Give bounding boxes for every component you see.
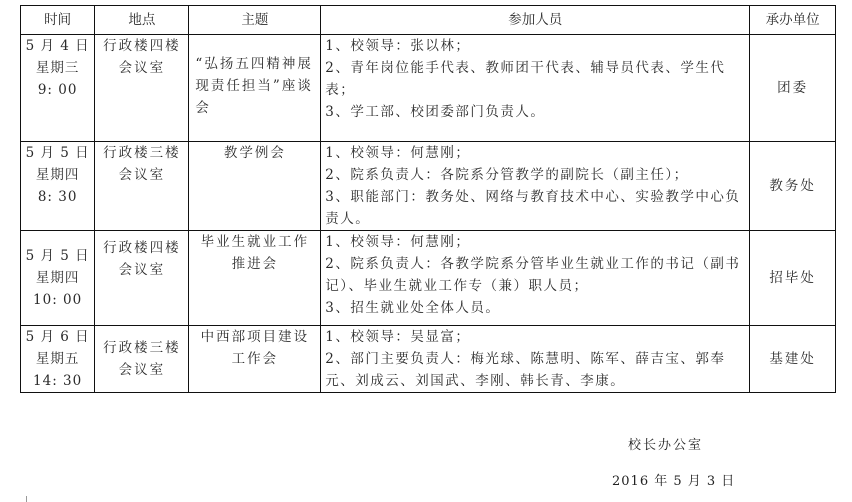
location-line2: 会议室 bbox=[99, 57, 184, 79]
meeting-schedule-table: 时间 地点 主题 参加人员 承办单位 5 月 4 日 星期三 9: 00 行政楼… bbox=[20, 5, 836, 393]
attendee-line: 2、院系负责人：各教学院系分管毕业生就业工作的书记（副书记）、毕业生就业工作专（… bbox=[325, 253, 745, 297]
attendee-line: 3、学工部、校团委部门负责人。 bbox=[325, 101, 745, 123]
location-line2: 会议室 bbox=[99, 259, 184, 281]
attendee-line: 1、校领导：何慧刚； bbox=[325, 231, 745, 253]
location-line2: 会议室 bbox=[99, 164, 184, 186]
unit-cell: 团委 bbox=[750, 35, 836, 142]
header-unit: 承办单位 bbox=[750, 6, 836, 35]
time: 8: 30 bbox=[25, 186, 90, 208]
location-cell: 行政楼四楼 会议室 bbox=[95, 231, 189, 326]
date: 5 月 4 日 bbox=[25, 35, 90, 57]
attendees-cell: 1、校领导：何慧刚； 2、院系负责人：各教学院系分管毕业生就业工作的书记（副书记… bbox=[321, 231, 750, 326]
table-row: 5 月 5 日 星期四 10: 00 行政楼四楼 会议室 毕业生就业工作推进会 … bbox=[21, 231, 836, 326]
time-cell: 5 月 4 日 星期三 9: 00 bbox=[21, 35, 95, 142]
attendee-line: 3、职能部门：教务处、网络与教育技术中心、实验教学中心负责人。 bbox=[325, 186, 745, 230]
header-topic: 主题 bbox=[189, 6, 321, 35]
header-time: 时间 bbox=[21, 6, 95, 35]
attendee-line: 3、招生就业处全体人员。 bbox=[325, 297, 745, 319]
weekday: 星期三 bbox=[25, 57, 90, 79]
location-line2: 会议室 bbox=[99, 359, 184, 381]
topic-cell: 中西部项目建设工作会 bbox=[189, 326, 321, 393]
table-row: 5 月 4 日 星期三 9: 00 行政楼四楼 会议室 “弘扬五四精神展现责任担… bbox=[21, 35, 836, 142]
attendee-line: 1、校领导：吴显富； bbox=[325, 326, 745, 348]
time: 10: 00 bbox=[25, 289, 90, 311]
unit-cell: 教务处 bbox=[750, 142, 836, 231]
location-line1: 行政楼三楼 bbox=[99, 337, 184, 359]
time-cell: 5 月 5 日 星期四 8: 30 bbox=[21, 142, 95, 231]
topic-cell: “弘扬五四精神展现责任担当”座谈会 bbox=[189, 35, 321, 142]
header-attendees: 参加人员 bbox=[321, 6, 750, 35]
time: 14: 30 bbox=[25, 370, 90, 392]
location-line1: 行政楼三楼 bbox=[99, 142, 184, 164]
date: 5 月 6 日 bbox=[25, 326, 90, 348]
attendees-cell: 1、校领导：吴显富； 2、部门主要负责人：梅光球、陈慧明、陈军、薛吉宝、郭奉元、… bbox=[321, 326, 750, 393]
time-cell: 5 月 6 日 星期五 14: 30 bbox=[21, 326, 95, 393]
weekday: 星期五 bbox=[25, 348, 90, 370]
location-line1: 行政楼四楼 bbox=[99, 237, 184, 259]
weekday: 星期四 bbox=[25, 267, 90, 289]
table-row: 5 月 6 日 星期五 14: 30 行政楼三楼 会议室 中西部项目建设工作会 … bbox=[21, 326, 836, 393]
topic-cell: 毕业生就业工作推进会 bbox=[189, 231, 321, 326]
issue-date: 2016 年 5 月 3 日 bbox=[612, 470, 735, 489]
attendee-line: 1、校领导：何慧刚； bbox=[325, 142, 745, 164]
text-cursor bbox=[26, 496, 27, 502]
time-cell: 5 月 5 日 星期四 10: 00 bbox=[21, 231, 95, 326]
attendee-line: 2、院系负责人：各院系分管教学的副院长（副主任）； bbox=[325, 164, 745, 186]
date: 5 月 5 日 bbox=[25, 142, 90, 164]
location-cell: 行政楼四楼 会议室 bbox=[95, 35, 189, 142]
attendees-cell: 1、校领导：张以林； 2、青年岗位能手代表、教师团干代表、辅导员代表、学生代表；… bbox=[321, 35, 750, 142]
location-cell: 行政楼三楼 会议室 bbox=[95, 326, 189, 393]
table-header-row: 时间 地点 主题 参加人员 承办单位 bbox=[21, 6, 836, 35]
table-row: 5 月 5 日 星期四 8: 30 行政楼三楼 会议室 教学例会 1、校领导：何… bbox=[21, 142, 836, 231]
date: 5 月 5 日 bbox=[25, 245, 90, 267]
attendee-line: 2、部门主要负责人：梅光球、陈慧明、陈军、薛吉宝、郭奉元、刘成云、刘国武、李刚、… bbox=[325, 348, 745, 392]
header-location: 地点 bbox=[95, 6, 189, 35]
weekday: 星期四 bbox=[25, 164, 90, 186]
location-cell: 行政楼三楼 会议室 bbox=[95, 142, 189, 231]
time: 9: 00 bbox=[25, 79, 90, 101]
issuing-office: 校长办公室 bbox=[628, 434, 703, 453]
topic-cell: 教学例会 bbox=[189, 142, 321, 231]
location-line1: 行政楼四楼 bbox=[99, 35, 184, 57]
attendee-line: 1、校领导：张以林； bbox=[325, 35, 745, 57]
unit-cell: 招毕处 bbox=[750, 231, 836, 326]
unit-cell: 基建处 bbox=[750, 326, 836, 393]
attendees-cell: 1、校领导：何慧刚； 2、院系负责人：各院系分管教学的副院长（副主任）； 3、职… bbox=[321, 142, 750, 231]
attendee-line: 2、青年岗位能手代表、教师团干代表、辅导员代表、学生代表； bbox=[325, 57, 745, 101]
